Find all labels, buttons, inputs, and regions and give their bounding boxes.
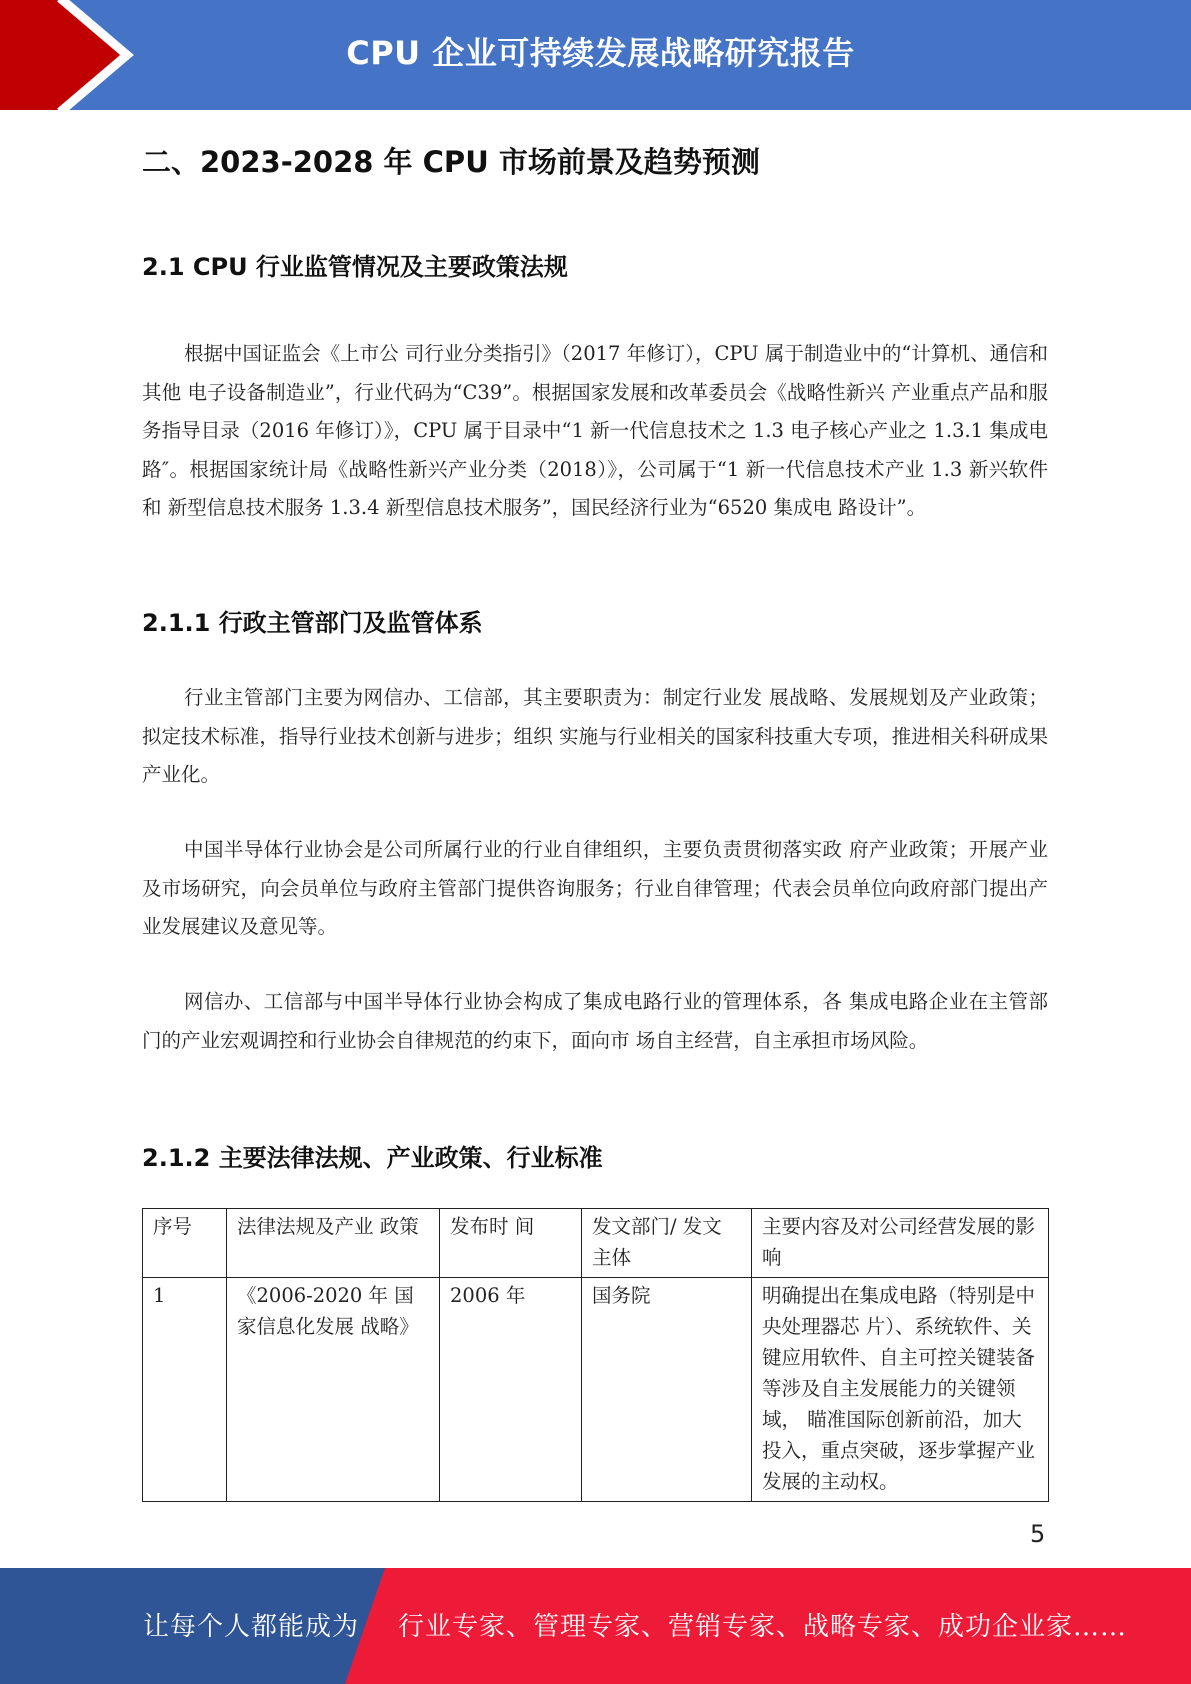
cell-publish-date: 2006 年 (440, 1278, 582, 1502)
page-footer: 让每个人都能成为 行业专家、管理专家、营销专家、战略专家、成功企业家…… (0, 1568, 1191, 1684)
page-number: 5 (1030, 1520, 1045, 1548)
paragraph-regulators: 行业主管部门主要为网信办、工信部，其主要职责为：制定行业发 展战略、发展规划及产… (142, 679, 1048, 795)
policy-table: 序号 法律法规及产业 政策 发布时 间 发文部门/ 发文主体 主要内容及对公司经… (142, 1208, 1049, 1502)
cell-main-content: 明确提出在集成电路（特别是中央处理器芯 片）、系统软件、关键应用软件、自主可控关… (752, 1278, 1049, 1502)
report-title: CPU 企业可持续发展战略研究报告 (0, 28, 1191, 74)
page-header: CPU 企业可持续发展战略研究报告 (0, 0, 1191, 110)
header-issuer: 发文部门/ 发文主体 (582, 1209, 752, 1278)
footer-slogan-right: 行业专家、管理专家、营销专家、战略专家、成功企业家…… (398, 1606, 1127, 1643)
header-main-content: 主要内容及对公司经营发展的影响 (752, 1209, 1049, 1278)
footer-slogan-left: 让每个人都能成为 (143, 1606, 359, 1643)
cell-law-policy: 《2006-2020 年 国家信息化发展 战略》 (227, 1278, 440, 1502)
subsection-heading-2-1-1: 2.1.1 行政主管部门及监管体系 (142, 603, 483, 638)
subsection-heading-2-1: 2.1 CPU 行业监管情况及主要政策法规 (142, 247, 568, 282)
paragraph-industry-classification: 根据中国证监会《上市公 司行业分类指引》（2017 年修订），CPU 属于制造业… (142, 335, 1048, 528)
cell-issuer: 国务院 (582, 1278, 752, 1502)
paragraph-management-system: 网信办、工信部与中国半导体行业协会构成了集成电路行业的管理体系，各 集成电路企业… (142, 983, 1048, 1060)
header-index: 序号 (143, 1209, 227, 1278)
cell-index: 1 (143, 1278, 227, 1502)
header-publish-date: 发布时 间 (440, 1209, 582, 1278)
header-law-policy: 法律法规及产业 政策 (227, 1209, 440, 1278)
table-row: 1 《2006-2020 年 国家信息化发展 战略》 2006 年 国务院 明确… (143, 1278, 1049, 1502)
paragraph-industry-association: 中国半导体行业协会是公司所属行业的行业自律组织，主要负责贯彻落实政 府产业政策；… (142, 831, 1048, 947)
section-heading: 二、2023-2028 年 CPU 市场前景及趋势预测 (142, 140, 760, 181)
subsection-heading-2-1-2: 2.1.2 主要法律法规、产业政策、行业标准 (142, 1138, 603, 1173)
table-header-row: 序号 法律法规及产业 政策 发布时 间 发文部门/ 发文主体 主要内容及对公司经… (143, 1209, 1049, 1278)
